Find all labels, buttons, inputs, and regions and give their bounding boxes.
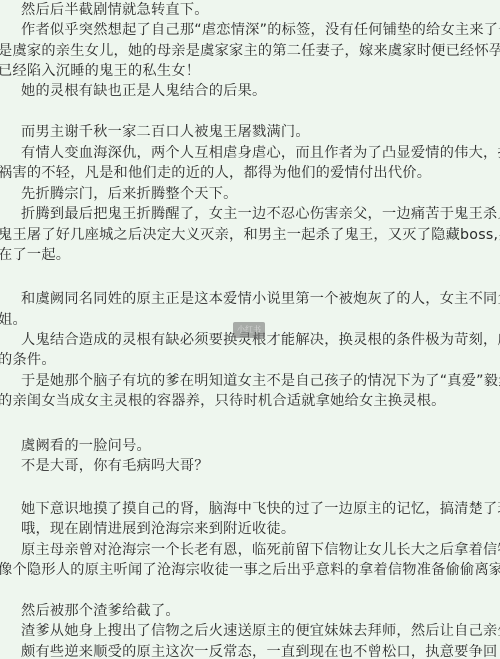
paragraph-line: 颇有些逆来顺受的原主这次一反常态，一直到现在也不曾松口，执意要争回自己的入门资格… — [21, 642, 500, 659]
paragraph-line: 于是她那个脑子有坑的爹在明知道女主不是自己孩子的情况下为了“真爱”毅然决然的决定… — [21, 371, 500, 391]
paragraph-line: 鬼王屠了好几座城之后决定大义灭亲，和男主一起杀了鬼王，又灭了隐藏boss,男女主… — [0, 225, 500, 245]
paragraph-line: 像个隐形人的原主听闻了沧海宗收徒一事之后出乎意料的拿着信物准备偷偷离家找沧海宗拜… — [0, 560, 500, 580]
paragraph-line: 原主母亲曾对沧海宗一个长老有恩，临死前留下信物让女儿长大之后拿着信物拜师，向来寡… — [21, 540, 500, 560]
paragraph-line: 在了一起。 — [0, 245, 70, 265]
paragraph-line: 的亲闺女当成女主灵根的容器养，只待时机合适就拿她给女主换灵根。 — [0, 391, 446, 411]
paragraph-line: 渣爹从她身上搜出了信物之后火速送原主的便宜妹妹去拜师，然后让自己亲生女儿跪到了现… — [21, 621, 500, 641]
paragraph-line: 然后被那个渣爹给截了。 — [21, 601, 180, 621]
watermark-badge: 小红书 — [233, 322, 265, 338]
paragraph-line: 而男主谢千秋一家二百口人被鬼王屠戮满门。 — [21, 122, 310, 142]
paragraph-line: 和虞阙同名同姓的原主正是这本爱情小说里第一个被炮灰了的人，女主不同父也不同母的亲… — [21, 289, 500, 309]
paragraph-line: 先折腾宗门，后来折腾整个天下。 — [21, 184, 238, 204]
paragraph-line: 姐。 — [0, 310, 27, 330]
paragraph-line: 然后后半截剧情就急转直下。 — [21, 0, 209, 20]
paragraph-line: 折腾到最后把鬼王折腾醒了，女主一边不忍心伤害亲父，一边痛苦于鬼王杀人无数，最后终… — [21, 204, 500, 224]
paragraph-line: 不是大哥，你有毛病吗大哥？ — [21, 456, 209, 476]
paragraph-line: 哦，现在剧情进展到沧海宗来到附近收徒。 — [21, 519, 295, 539]
paragraph-line: 有情人变血海深仇，两个人互相虐身虐心，而且作者为了凸显爱情的伟大，把两个人身边的… — [21, 143, 500, 163]
paragraph-line: 虞阙看的一脸问号。 — [21, 436, 151, 456]
paragraph-line: 她的灵根有缺也正是人鬼结合的后果。 — [21, 81, 266, 101]
novel-page: 然后后半截剧情就急转直下。 作者似乎突然想起了自己那“虐恋情深”的标签，没有任何… — [0, 0, 500, 659]
paragraph-line: 的条件。 — [0, 350, 56, 370]
paragraph-line: 是虞家的亲生女儿，她的母亲是虞家家主的第二任妻子，嫁来虞家时便已经怀孕，而肚子里… — [0, 41, 500, 61]
paragraph-line: 已经陷入沉睡的鬼王的私生女！ — [0, 61, 200, 81]
paragraph-line: 她下意识地摸了摸自己的肾，脑海中飞快的过了一边原主的记忆，搞清楚了现在的情况。 — [21, 499, 500, 519]
paragraph-line: 作者似乎突然想起了自己那“虐恋情深”的标签，没有任何铺垫的给女主来了个隐藏身份，… — [21, 20, 500, 40]
paragraph-line: 祸害的不轻，凡是和他们走的近的人，都得为他们的爱情付出代价。 — [0, 163, 431, 183]
